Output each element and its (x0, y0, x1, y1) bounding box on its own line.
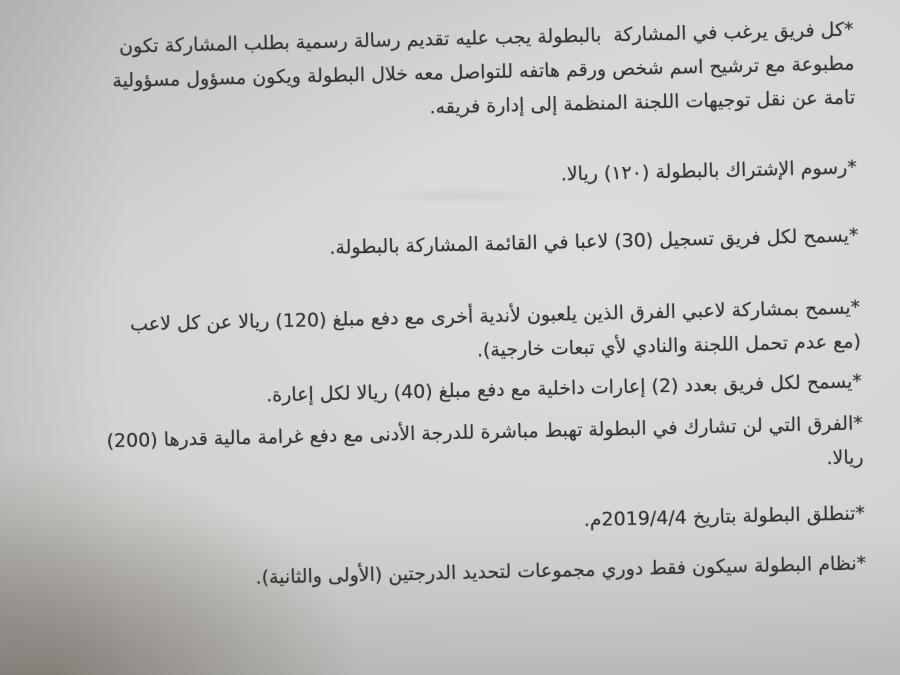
document-paragraph: *تنطلق البطولة بتاريخ 2019/4/4م. (45, 496, 866, 549)
document-paragraph: *يسمح بمشاركة لاعبي الفرق الذين يلعبون ل… (40, 290, 861, 377)
screenshot-root: { "photo": { "paper_base_color": "#d4d3d… (0, 0, 900, 675)
document-line: *رسوم الإشتراك بالبطولة (١٢٠) ريالا. (37, 150, 858, 203)
document-paragraph: *الفرق التي لن تشارك في البطولة تهبط مبا… (43, 406, 864, 493)
document-paragraph: *رسوم الإشتراك بالبطولة (١٢٠) ريالا. (37, 150, 858, 203)
document-paragraph: *يسمح لكل فريق تسجيل (30) لاعبا في القائ… (38, 218, 859, 271)
document-line: *يسمح لكل فريق تسجيل (30) لاعبا في القائ… (38, 218, 859, 271)
document-paragraph: *كل فريق يرغب في المشاركة بالبطولة يجب ع… (33, 13, 855, 134)
document-body: *كل فريق يرغب في المشاركة بالبطولة يجب ع… (33, 0, 866, 600)
document-line: *تنطلق البطولة بتاريخ 2019/4/4م. (45, 496, 866, 549)
